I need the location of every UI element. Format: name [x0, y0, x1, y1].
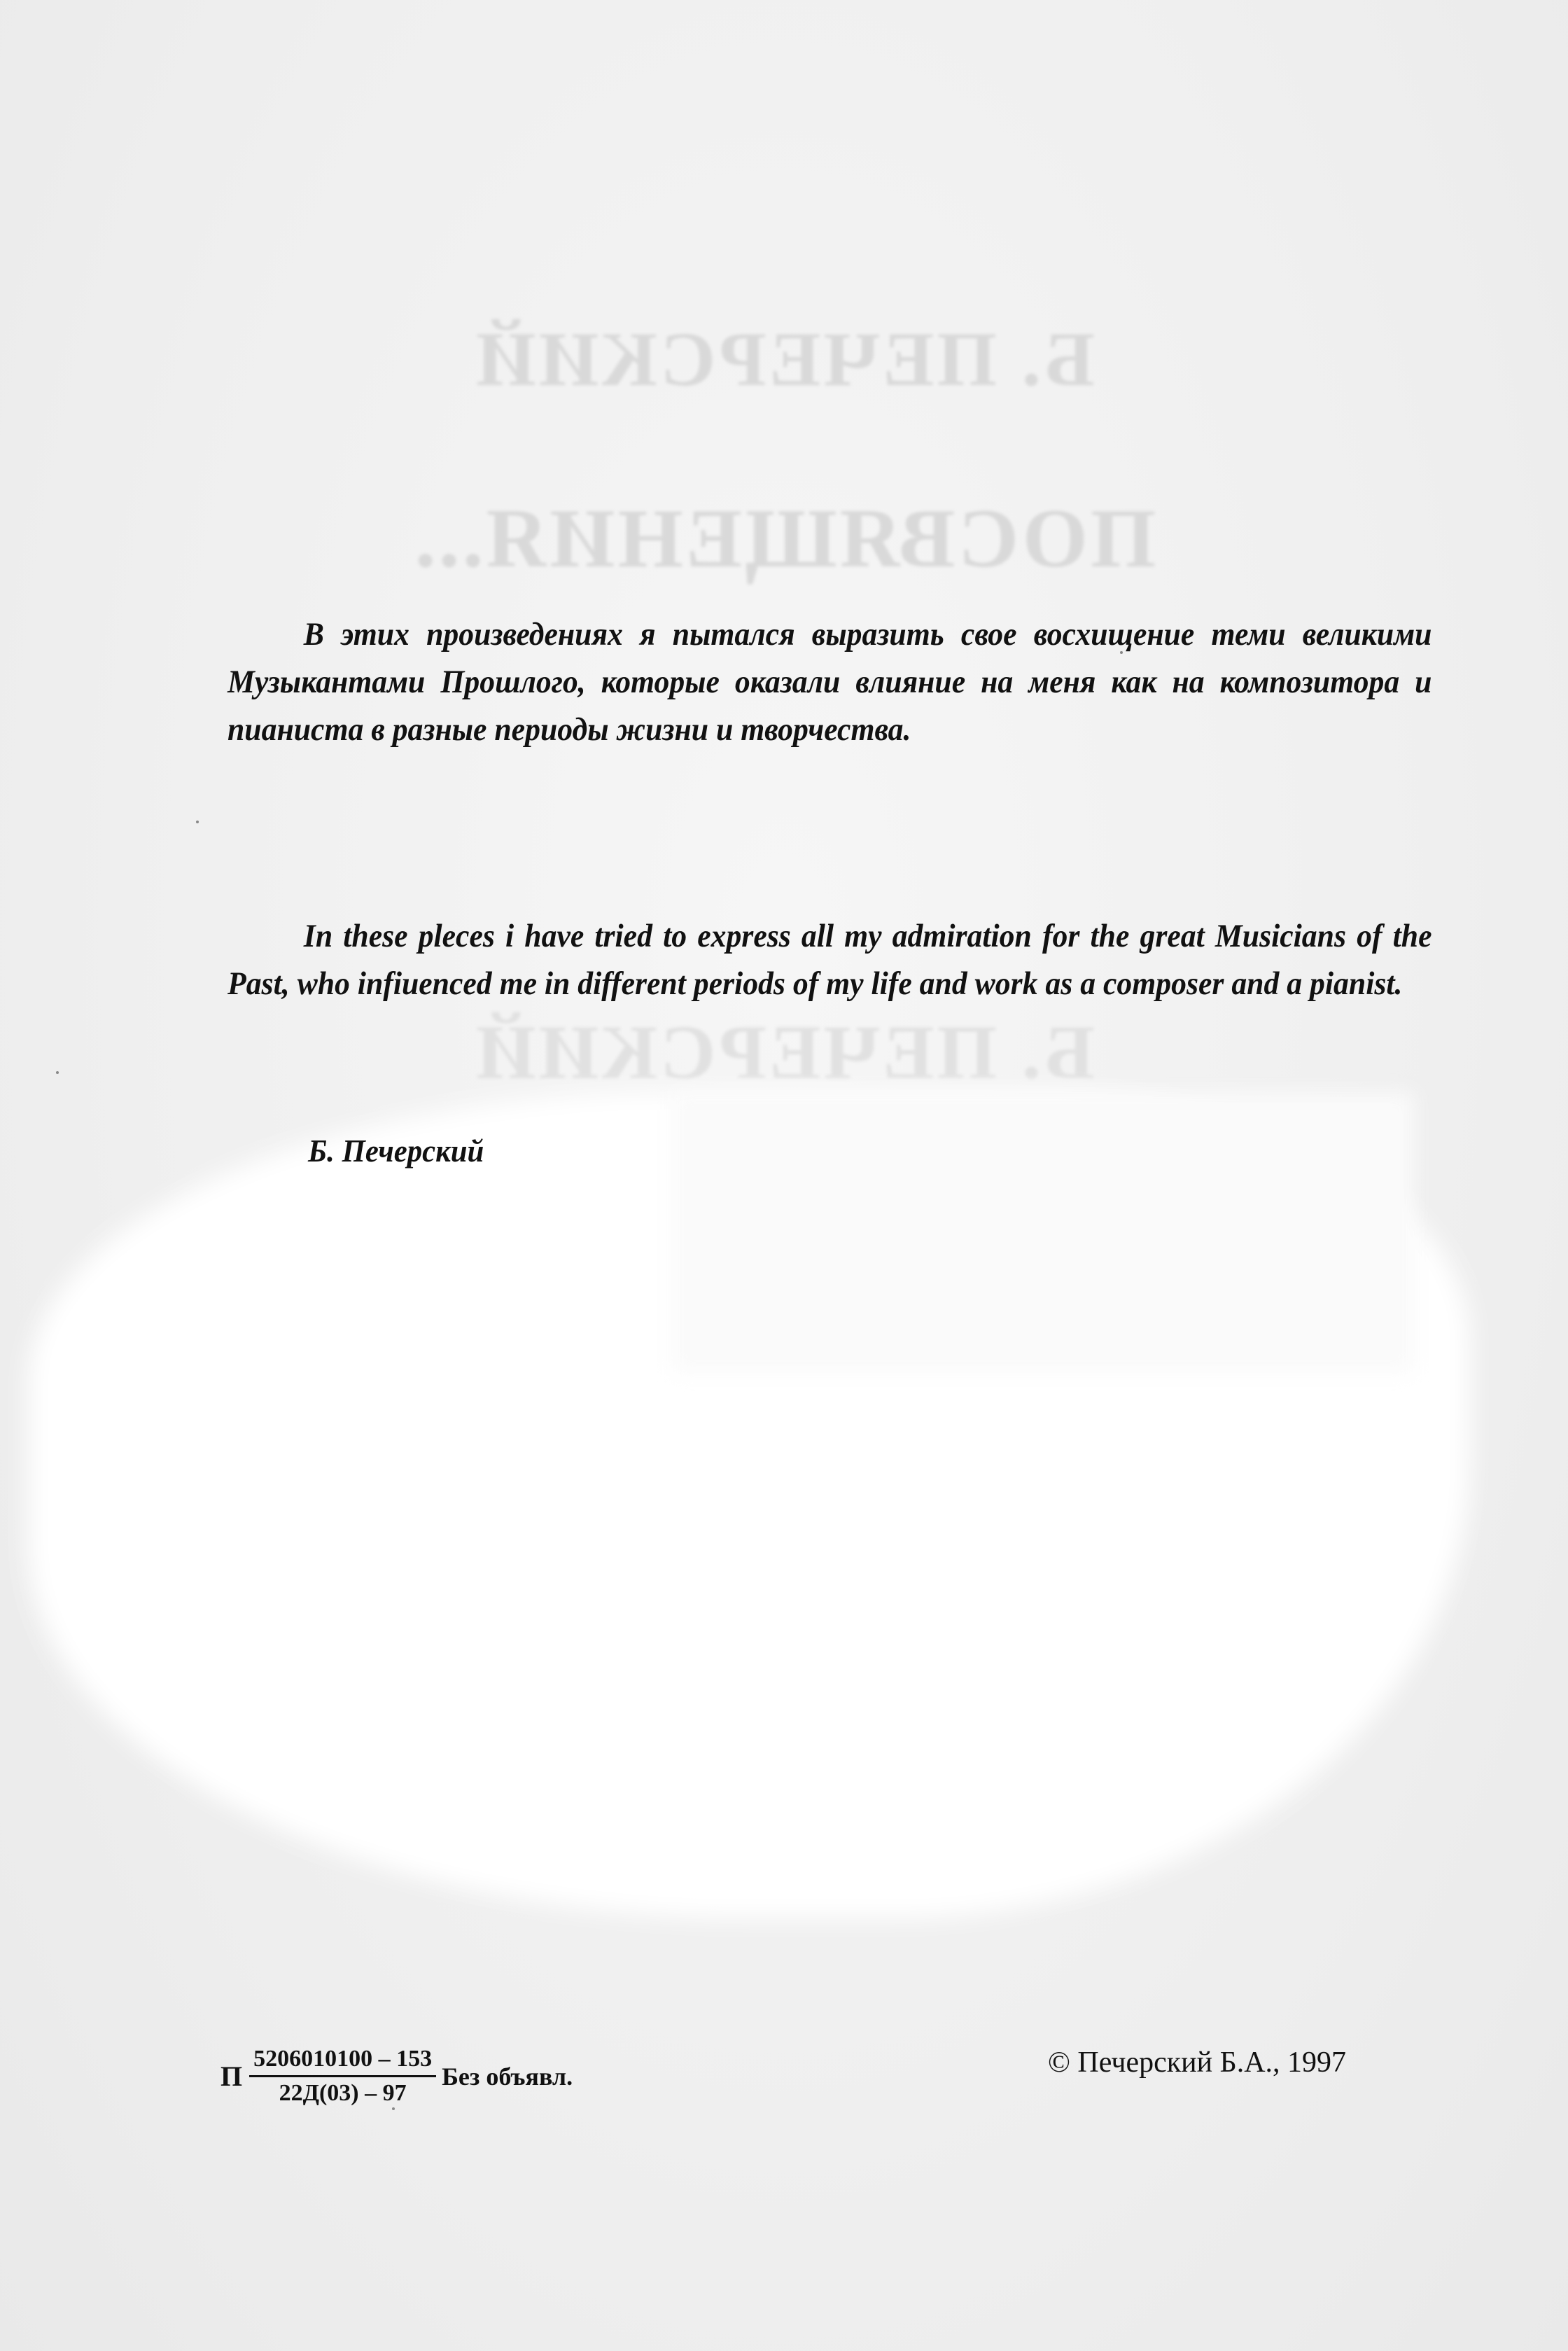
publication-code-prefix: П	[220, 2060, 242, 2093]
dedication-paragraph-russian: В этих произведениях я пытался выразить …	[227, 611, 1432, 753]
publication-code-note: Без объявл.	[442, 2062, 573, 2091]
show-through-title: ПОСВЯЩЕНИЯ...	[0, 490, 1568, 587]
white-blotch-artifact-upper	[672, 1092, 1414, 1372]
author-signature: Б. Печерский	[308, 1132, 484, 1169]
publication-code-denominator: 22Д(03) – 97	[279, 2077, 407, 2108]
scanned-page: Б. ПЕЧЕРСКИЙ ПОСВЯЩЕНИЯ... Б. ПЕЧЕРСКИЙ …	[0, 0, 1568, 2351]
show-through-author: Б. ПЕЧЕРСКИЙ	[0, 315, 1568, 404]
copyright-notice: © Печерский Б.А., 1997	[1048, 2046, 1346, 2079]
dedication-paragraph-english: In these pleces i have tried to express …	[227, 912, 1432, 1007]
publication-code-numerator: 5206010100 – 153	[249, 2044, 436, 2077]
show-through-author-repeat: Б. ПЕЧЕРСКИЙ	[0, 1008, 1568, 1097]
white-blotch-artifact	[28, 1092, 1470, 1918]
publication-code-fraction: 5206010100 – 153 22Д(03) – 97	[249, 2044, 436, 2108]
publication-code: П 5206010100 – 153 22Д(03) – 97 Без объя…	[220, 2044, 573, 2108]
